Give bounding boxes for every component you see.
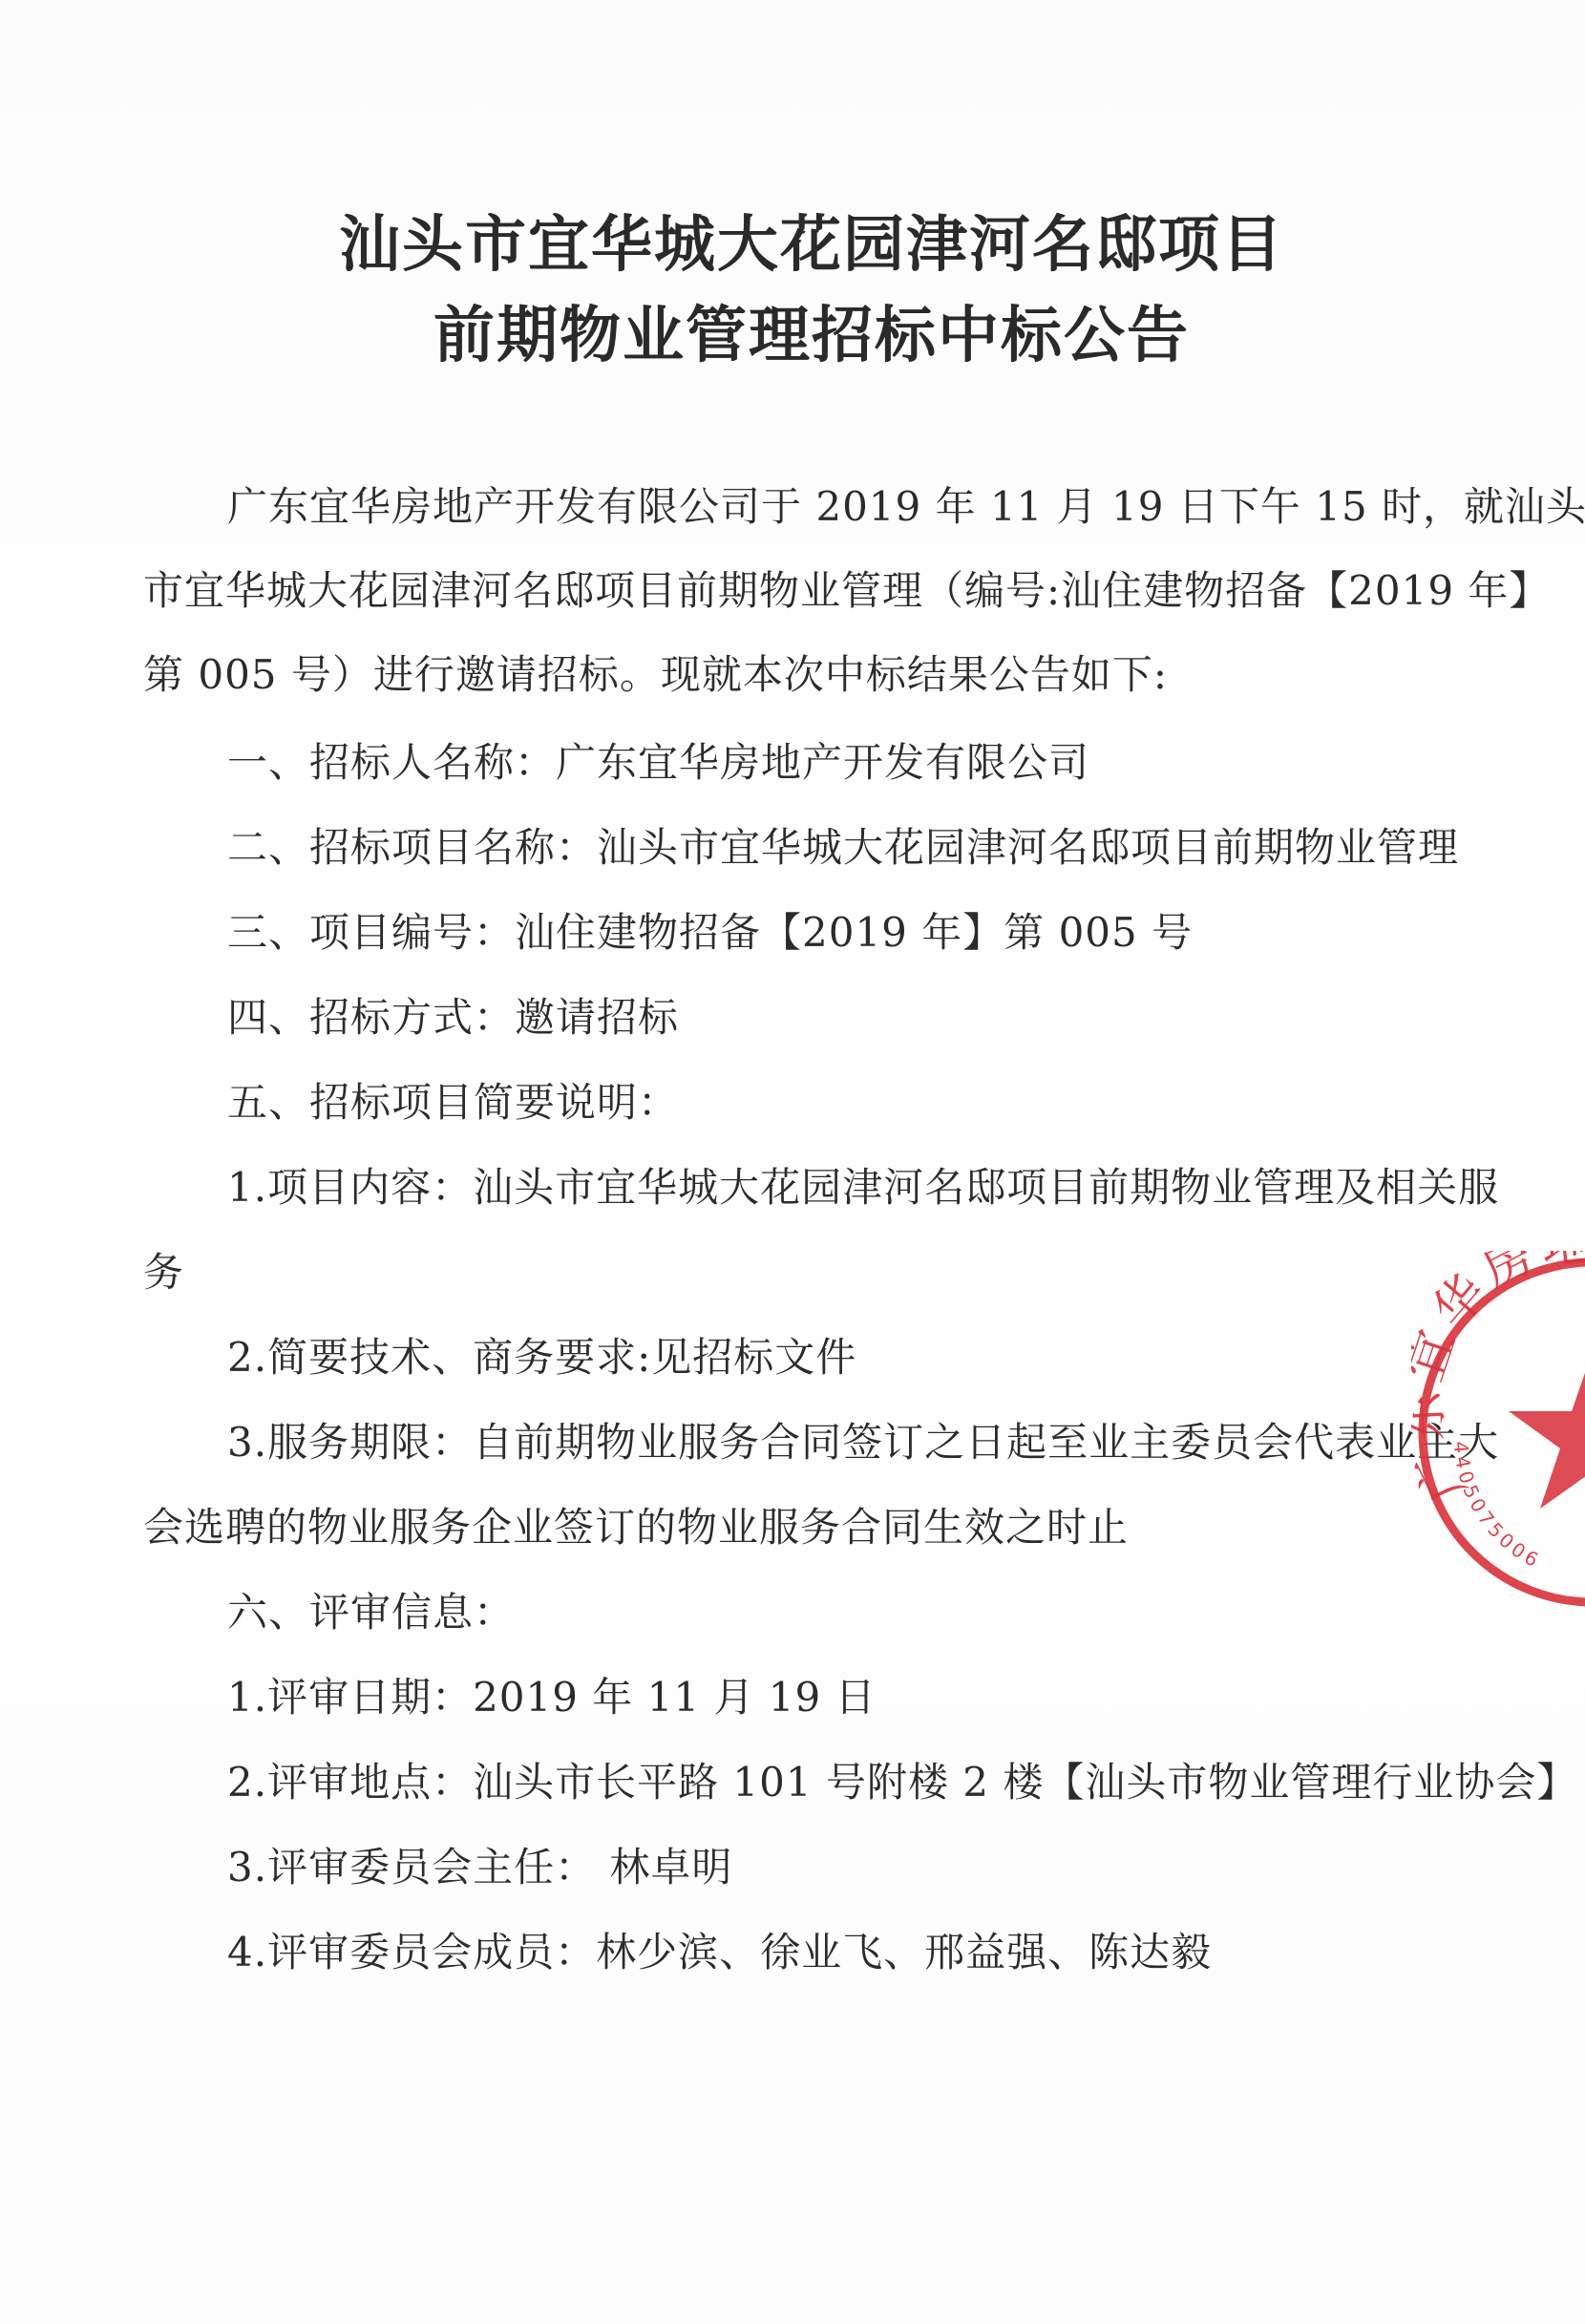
section-5-heading: 五、招标项目简要说明： [227, 1078, 679, 1128]
section-5-item-1-line-2: 务 [143, 1248, 184, 1298]
section-6-review-date: 1.评审日期：2019 年 11 月 19 日 [227, 1673, 877, 1722]
section-5-item-2: 2.简要技术、商务要求:见招标文件 [227, 1333, 856, 1383]
document-page: 汕头市宜华城大花园津河名邸项目 前期物业管理招标中标公告 广东宜华房地产开发有限… [0, 0, 1585, 2324]
intro-line-1: 广东宜华房地产开发有限公司于 2019 年 11 月 19 日下午 15 时，就… [227, 482, 1585, 532]
section-1-tenderer: 一、招标人名称：广东宜华房地产开发有限公司 [227, 738, 1089, 788]
section-5-item-3-line-2: 会选聘的物业服务企业签订的物业服务合同生效之时止 [143, 1503, 1129, 1553]
section-4-tender-method: 四、招标方式：邀请招标 [227, 993, 679, 1043]
document-title-line-1: 汕头市宜华城大花园津河名邸项目 [19, 196, 1585, 284]
section-3-project-number: 三、项目编号：汕住建物招备【2019 年】第 005 号 [227, 908, 1193, 958]
section-6-heading: 六、评审信息： [227, 1588, 515, 1637]
intro-line-2: 市宜华城大花园津河名邸项目前期物业管理（编号:汕住建物招备【2019 年】 [143, 566, 1550, 616]
svg-text:广东宜华房地: 广东宜华房地 [1411, 1251, 1585, 1511]
seal-star-icon [1509, 1351, 1585, 1509]
section-5-item-1-line-1: 1.项目内容：汕头市宜华城大花园津河名邸项目前期物业管理及相关服 [227, 1163, 1499, 1213]
section-6-committee-members: 4.评审委员会成员：林少滨、徐业飞、邢益强、陈达毅 [227, 1928, 1212, 1977]
section-6-committee-chair: 3.评审委员会主任： 林卓明 [227, 1843, 732, 1892]
section-6-review-location: 2.评审地点：汕头市长平路 101 号附楼 2 楼【汕头市物业管理行业协会】 [227, 1758, 1577, 1807]
section-5-item-3-line-1: 3.服务期限：自前期物业服务合同签订之日起至业主委员会代表业主大 [227, 1418, 1499, 1468]
document-title-line-2: 前期物业管理招标中标公告 [19, 286, 1585, 374]
intro-line-3: 第 005 号）进行邀请招标。现就本次中标结果公告如下: [143, 650, 1168, 700]
seal-company-text: 广东宜华房地 [1411, 1251, 1585, 1511]
section-2-project-name: 二、招标项目名称：汕头市宜华城大花园津河名邸项目前期物业管理 [227, 823, 1459, 873]
